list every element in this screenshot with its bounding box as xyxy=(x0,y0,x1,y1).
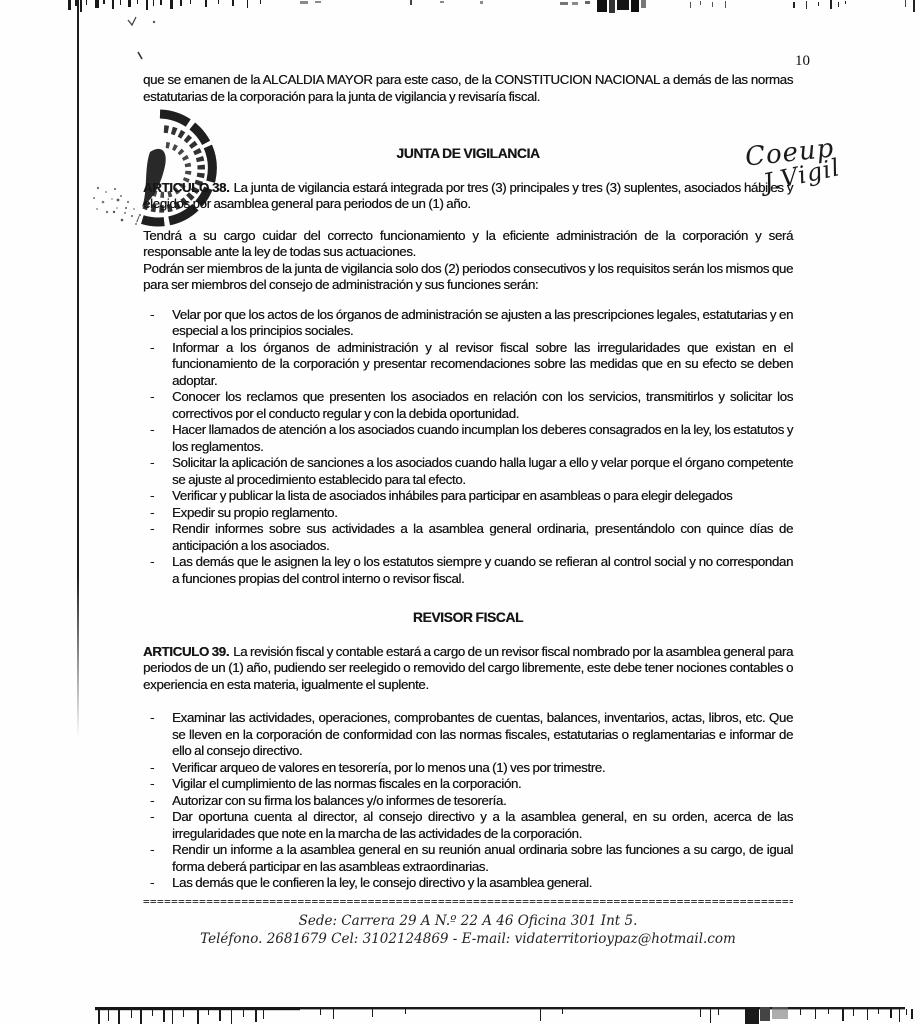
list-item-text: Verificar arqueo de valores en tesorería… xyxy=(172,760,793,777)
list-bullet: - xyxy=(143,307,172,340)
list-item-text: Informar a los órganos de administración… xyxy=(172,340,793,390)
list-bullet: - xyxy=(143,760,172,777)
list-item: -Autorizar con su firma los balances y/o… xyxy=(143,793,793,810)
list-bullet: - xyxy=(143,521,172,554)
scan-noise-bottom-edge xyxy=(0,1002,919,1024)
footer-separator-line: ========================================… xyxy=(143,897,793,907)
list-bullet: - xyxy=(143,505,172,522)
document-body: que se emanen de la ALCALDIA MAYOR para … xyxy=(143,72,793,948)
list-item-text: Las demás que le asignen la ley o los es… xyxy=(172,554,793,587)
list-item-text: Rendir informes sobre sus actividades a … xyxy=(172,521,793,554)
list-bullet: - xyxy=(143,455,172,488)
footer-address: Sede: Carrera 29 A N.º 22 A 46 Oficina 3… xyxy=(143,912,793,930)
list-bullet: - xyxy=(143,488,172,505)
page-number: 10 xyxy=(795,53,810,70)
scanned-document-page: 10 Coeup J.Vigil que se emanen de la ALC… xyxy=(0,0,919,1024)
section-title-junta-de-vigilancia: JUNTA DE VIGILANCIA xyxy=(143,146,793,163)
list-item-text: Rendir un informe a la asamblea general … xyxy=(172,842,793,875)
list-item: -Informar a los órganos de administració… xyxy=(143,340,793,390)
vigilancia-paragraph-2: Podrán ser miembros de la junta de vigil… xyxy=(143,261,793,294)
list-bullet: - xyxy=(143,340,172,390)
list-item-text: Hacer llamados de atención a los asociad… xyxy=(172,422,793,455)
articulo-39-text: La revisión fiscal y contable estará a c… xyxy=(143,644,793,692)
list-bullet: - xyxy=(143,554,172,587)
list-item: -Las demás que le asignen la ley o los e… xyxy=(143,554,793,587)
list-item: -Examinar las actividades, operaciones, … xyxy=(143,710,793,760)
list-item: -Rendir un informe a la asamblea general… xyxy=(143,842,793,875)
articulo-38-paragraph: ARTICULO 38.La junta de vigilancia estar… xyxy=(143,180,793,213)
list-item-text: Autorizar con su firma los balances y/o … xyxy=(172,793,793,810)
scan-noise-left-line xyxy=(77,0,79,738)
list-item-text: Solicitar la aplicación de sanciones a l… xyxy=(172,455,793,488)
vigilancia-paragraph-1: Tendrá a su cargo cuidar del correcto fu… xyxy=(143,228,793,261)
list-bullet: - xyxy=(143,793,172,810)
list-item-text: Conocer los reclamos que presenten los a… xyxy=(172,389,793,422)
revisor-functions-list: -Examinar las actividades, operaciones, … xyxy=(143,710,793,892)
articulo-39-paragraph: ARTICULO 39.La revisión fiscal y contabl… xyxy=(143,644,793,694)
articulo-38-text: La junta de vigilancia estará integrada … xyxy=(143,180,793,212)
list-bullet: - xyxy=(143,842,172,875)
list-item: -Dar oportuna cuenta al director, al con… xyxy=(143,809,793,842)
list-item-text: Dar oportuna cuenta al director, al cons… xyxy=(172,809,793,842)
list-item-text: Las demás que le confieren la ley, le co… xyxy=(172,875,793,892)
list-item: -Hacer llamados de atención a los asocia… xyxy=(143,422,793,455)
footer-contact: Teléfono. 2681679 Cel: 3102124869 - E-ma… xyxy=(143,930,793,948)
list-item: -Verificar y publicar la lista de asocia… xyxy=(143,488,793,505)
intro-paragraph: que se emanen de la ALCALDIA MAYOR para … xyxy=(143,72,793,105)
list-item: -Expedir su propio reglamento. xyxy=(143,505,793,522)
ink-speck-marks xyxy=(125,14,165,62)
list-bullet: - xyxy=(143,389,172,422)
list-bullet: - xyxy=(143,710,172,760)
list-bullet: - xyxy=(143,422,172,455)
list-bullet: - xyxy=(143,809,172,842)
list-item-text: Vigilar el cumplimiento de las normas fi… xyxy=(172,776,793,793)
list-item: -Verificar arqueo de valores en tesorerí… xyxy=(143,760,793,777)
list-item: -Vigilar el cumplimiento de las normas f… xyxy=(143,776,793,793)
list-item: -Velar por que los actos de los órganos … xyxy=(143,307,793,340)
vigilancia-functions-list: -Velar por que los actos de los órganos … xyxy=(143,307,793,588)
list-item-text: Examinar las actividades, operaciones, c… xyxy=(172,710,793,760)
list-item-text: Velar por que los actos de los órganos d… xyxy=(172,307,793,340)
list-bullet: - xyxy=(143,875,172,892)
list-item: -Conocer los reclamos que presenten los … xyxy=(143,389,793,422)
list-bullet: - xyxy=(143,776,172,793)
list-item-text: Expedir su propio reglamento. xyxy=(172,505,793,522)
articulo-39-label: ARTICULO 39. xyxy=(143,644,229,659)
articulo-38-label: ARTICULO 38. xyxy=(143,180,229,195)
list-item: -Rendir informes sobre sus actividades a… xyxy=(143,521,793,554)
list-item: -Solicitar la aplicación de sanciones a … xyxy=(143,455,793,488)
section-title-revisor-fiscal: REVISOR FISCAL xyxy=(143,610,793,627)
list-item-text: Verificar y publicar la lista de asociad… xyxy=(172,488,793,505)
list-item: -Las demás que le confieren la ley, le c… xyxy=(143,875,793,892)
